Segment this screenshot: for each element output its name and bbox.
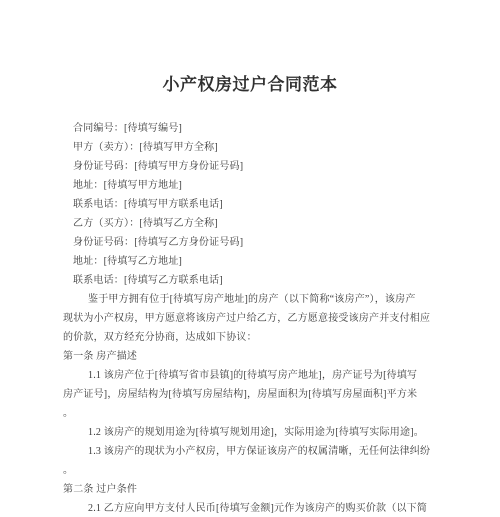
document-line: 。 — [63, 461, 440, 480]
document-line: 地址：[待填写甲方地址] — [63, 176, 440, 195]
document-line: 。 — [63, 404, 440, 423]
document-line: 甲方（卖方）：[待填写甲方全称] — [63, 138, 440, 157]
document-line: 1.2 该房产的规划用途为[待填写规划用途]，实际用途为[待填写实际用途]。 — [63, 423, 440, 442]
document-body: 合同编号：[待填写编号]甲方（卖方）：[待填写甲方全称]身份证号码：[待填写甲方… — [0, 119, 500, 517]
document-line: 第二条 过户条件 — [63, 480, 440, 499]
document-line: 地址：[待填写乙方地址] — [63, 252, 440, 271]
document-line: 房产证号]，房屋结构为[待填写房屋结构]，房屋面积为[待填写房屋面积]平方米 — [63, 385, 440, 404]
document-line: 第一条 房产描述 — [63, 347, 440, 366]
document-line: 合同编号：[待填写编号] — [63, 119, 440, 138]
document-title: 小产权房过户合同范本 — [0, 0, 500, 94]
document-line: 的价款，双方经充分协商，达成如下协议： — [63, 328, 440, 347]
document-line: 联系电话：[待填写乙方联系电话] — [63, 271, 440, 290]
document-line: 2.1 乙方应向甲方支付人民币[待填写金额]元作为该房产的购买价款（以下简 — [63, 499, 440, 517]
document-line: 联系电话：[待填写甲方联系电话] — [63, 195, 440, 214]
document-page: 小产权房过户合同范本 合同编号：[待填写编号]甲方（卖方）：[待填写甲方全称]身… — [0, 0, 500, 517]
document-line: 1.3 该房产的现状为小产权房，甲方保证该房产的权属清晰，无任何法律纠纷 — [63, 442, 440, 461]
document-line: 身份证号码：[待填写乙方身份证号码] — [63, 233, 440, 252]
document-line: 身份证号码：[待填写甲方身份证号码] — [63, 157, 440, 176]
document-line: 鉴于甲方拥有位于[待填写房产地址]的房产（以下简称“该房产”），该房产 — [63, 290, 440, 309]
document-line: 乙方（买方）：[待填写乙方全称] — [63, 214, 440, 233]
document-line: 1.1 该房产位于[待填写省市县镇]的[待填写房产地址]，房产证号为[待填写 — [63, 366, 440, 385]
document-line: 现状为小产权房，甲方愿意将该房产过户给乙方，乙方愿意接受该房产并支付相应 — [63, 309, 440, 328]
